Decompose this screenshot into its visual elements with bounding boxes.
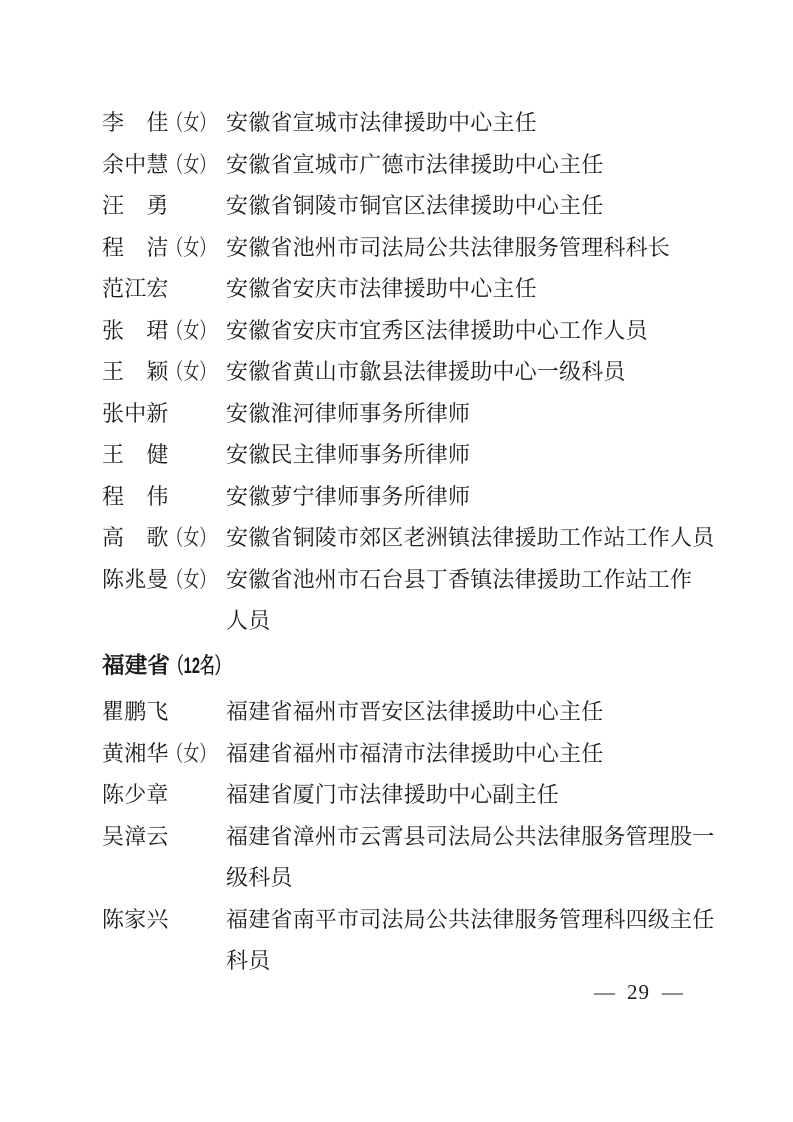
entry-gender: （女）: [167, 517, 216, 559]
entry-row: 范江宏安徽省安庆市法律援助中心主任: [0, 268, 793, 310]
entry-row: 陈兆曼（女）安徽省池州市石台县丁香镇法律援助工作站工作: [0, 559, 793, 601]
entry-name: 瞿鹏飞: [102, 691, 169, 733]
entry-description: 安徽淮河律师事务所律师: [226, 393, 470, 435]
entry-row: 李 佳（女）安徽省宣城市法律援助中心主任: [0, 102, 793, 144]
entry-name: 陈兆曼: [102, 559, 169, 601]
page-number-left-dash: —: [594, 980, 615, 1005]
entry-row: 陈家兴福建省南平市司法局公共法律服务管理科四级主任: [0, 899, 793, 941]
entry-description: 安徽省安庆市宜秀区法律援助中心工作人员: [226, 310, 648, 352]
entry-row: 高 歌（女）安徽省铜陵市郊区老洲镇法律援助工作站工作人员: [0, 517, 793, 559]
entry-description-continued: 人员: [226, 600, 270, 642]
entry-row: 汪 勇安徽省铜陵市铜官区法律援助中心主任: [0, 185, 793, 227]
page-number-value: 29: [627, 980, 650, 1005]
entry-gender: （女）: [167, 733, 216, 775]
section-title: 福建省: [102, 645, 170, 687]
entry-gender: （女）: [167, 351, 216, 393]
entry-name: 高 歌: [102, 517, 169, 559]
entry-description: 福建省漳州市云霄县司法局公共法律服务管理股一: [226, 816, 714, 858]
entry-continuation-row: 科员: [0, 940, 793, 982]
entry-row: 程 洁（女）安徽省池州市司法局公共法律服务管理科科长: [0, 227, 793, 269]
entry-gender: （女）: [167, 227, 216, 269]
entry-description: 安徽省宣城市广德市法律援助中心主任: [226, 144, 603, 186]
entry-description: 安徽萝宁律师事务所律师: [226, 476, 470, 518]
entry-description: 安徽省铜陵市郊区老洲镇法律援助工作站工作人员: [226, 517, 714, 559]
entry-name: 黄湘华: [102, 733, 169, 775]
entry-row: 程 伟安徽萝宁律师事务所律师: [0, 476, 793, 518]
entry-description: 安徽省黄山市歙县法律援助中心一级科员: [226, 351, 626, 393]
entry-description: 福建省南平市司法局公共法律服务管理科四级主任: [226, 899, 714, 941]
entry-row: 陈少章福建省厦门市法律援助中心副主任: [0, 774, 793, 816]
entry-description: 安徽省安庆市法律援助中心主任: [226, 268, 537, 310]
entry-row: 余中慧（女）安徽省宣城市广德市法律援助中心主任: [0, 144, 793, 186]
entry-description: 福建省福州市福清市法律援助中心主任: [226, 733, 603, 775]
entry-description: 安徽省铜陵市铜官区法律援助中心主任: [226, 185, 603, 227]
entry-name: 范江宏: [102, 268, 169, 310]
entry-gender: （女）: [167, 310, 216, 352]
entry-continuation-row: 人员: [0, 600, 793, 642]
entry-row: 张中新安徽淮河律师事务所律师: [0, 393, 793, 435]
entry-gender: （女）: [167, 144, 216, 186]
entry-gender: （女）: [167, 559, 216, 601]
entry-continuation-row: 级科员: [0, 857, 793, 899]
entry-name: 王 颖: [102, 351, 169, 393]
entry-name: 张中新: [102, 393, 169, 435]
page-number-right-dash: —: [662, 980, 683, 1005]
entry-gender: （女）: [167, 102, 216, 144]
entry-name: 陈家兴: [102, 899, 169, 941]
entry-row: 吴漳云福建省漳州市云霄县司法局公共法律服务管理股一: [0, 816, 793, 858]
entry-name: 程 伟: [102, 476, 169, 518]
entry-description: 安徽省池州市石台县丁香镇法律援助工作站工作: [226, 559, 692, 601]
entry-description: 福建省福州市晋安区法律援助中心主任: [226, 691, 603, 733]
entry-description-continued: 级科员: [226, 857, 293, 899]
entry-description: 安徽省宣城市法律援助中心主任: [226, 102, 537, 144]
entry-row: 黄湘华（女）福建省福州市福清市法律援助中心主任: [0, 733, 793, 775]
document-page: 李 佳（女）安徽省宣城市法律援助中心主任余中慧（女）安徽省宣城市广德市法律援助中…: [0, 0, 793, 1122]
entry-name: 张 珺: [102, 310, 169, 352]
entry-row: 瞿鹏飞福建省福州市晋安区法律援助中心主任: [0, 691, 793, 733]
entry-list: 李 佳（女）安徽省宣城市法律援助中心主任余中慧（女）安徽省宣城市广德市法律援助中…: [0, 102, 793, 982]
entry-description: 福建省厦门市法律援助中心副主任: [226, 774, 559, 816]
entry-row: 王 健安徽民主律师事务所律师: [0, 434, 793, 476]
entry-name: 陈少章: [102, 774, 169, 816]
entry-name: 汪 勇: [102, 185, 169, 227]
entry-description: 安徽民主律师事务所律师: [226, 434, 470, 476]
entry-row: 王 颖（女）安徽省黄山市歙县法律援助中心一级科员: [0, 351, 793, 393]
entry-row: 张 珺（女）安徽省安庆市宜秀区法律援助中心工作人员: [0, 310, 793, 352]
entry-name: 李 佳: [102, 102, 169, 144]
entry-name: 王 健: [102, 434, 169, 476]
entry-description: 安徽省池州市司法局公共法律服务管理科科长: [226, 227, 670, 269]
entry-name: 吴漳云: [102, 816, 169, 858]
entry-name: 余中慧: [102, 144, 169, 186]
page-number: — 29 —: [594, 978, 683, 1006]
entry-description-continued: 科员: [226, 940, 270, 982]
section-count: （12名）: [169, 645, 229, 687]
section-header: 福建省（12名）: [0, 645, 793, 687]
entry-name: 程 洁: [102, 227, 169, 269]
